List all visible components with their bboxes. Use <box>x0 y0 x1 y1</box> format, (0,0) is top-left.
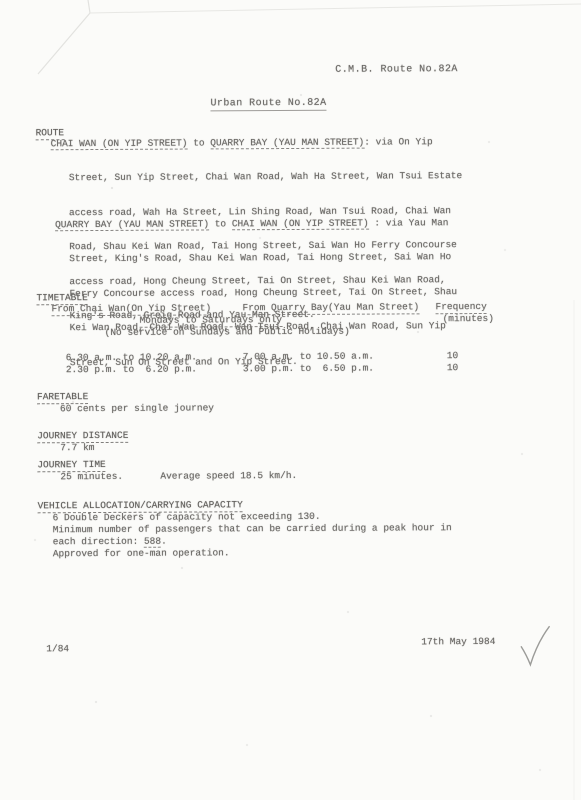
peak-direction-suffix: . <box>161 536 167 547</box>
vehicle-allocation-line3: each direction: 588. <box>53 536 167 548</box>
footer-page-ref: 1/84 <box>46 643 69 655</box>
faretable-value: 60 cents per single journey <box>60 402 214 414</box>
timetable-col-from-quarry-bay: From Quarry Bay(Yau Man Street) <box>242 301 419 314</box>
journey-distance-value: 7.7 km <box>60 442 94 454</box>
timetable-row2-from-chai-wan: 2.30 p.m. to 6.20 p.m. <box>66 363 197 375</box>
typewritten-content: C.M.B. Route No.82A Urban Route No.82A R… <box>0 0 581 800</box>
timetable-row1-from-chai-wan: 6.30 a.m. to 10.20 a.m. <box>66 351 197 363</box>
check-icon <box>517 625 553 671</box>
timetable-row1-from-quarry-bay: 7.00 a.m. to 10.50 a.m. <box>243 351 374 363</box>
timetable-row1-frequency: 10 <box>447 350 458 362</box>
route-para1-joiner: to <box>187 137 210 148</box>
route-para2-tail: : via Yau Man <box>369 217 449 228</box>
journey-distance-heading: JOURNEY DISTANCE <box>37 430 128 443</box>
route-para1-tail: : via On Yip <box>364 136 432 147</box>
route-para2-joiner: to <box>209 218 232 229</box>
document-ref: C.M.B. Route No.82A <box>335 64 458 76</box>
document-page: C.M.B. Route No.82A Urban Route No.82A R… <box>0 0 581 800</box>
timetable-row2-frequency: 10 <box>447 362 458 374</box>
timetable-service-note: (No service on Sundays and Public Holida… <box>105 326 350 339</box>
route-para1-line: Street, Sun Yip Street, Chai Wan Road, W… <box>69 170 462 184</box>
footer-date: 17th May 1984 <box>421 636 495 648</box>
vehicle-allocation-line1: 6 Double Deckers of capacity not exceedi… <box>53 511 321 524</box>
route-para2-line: Street, King's Road, Shau Kei Wan Road, … <box>69 251 457 265</box>
faretable-heading: FARETABLE <box>37 391 88 404</box>
journey-time-value: 25 minutes. <box>60 471 123 483</box>
page-title: Urban Route No.82A <box>210 98 326 111</box>
route-para2-line: Ferry Concourse access road, Hong Cheung… <box>69 286 457 300</box>
vehicle-allocation-line2: Minimum number of passengers that can be… <box>53 522 452 536</box>
timetable-frequency-unit: (minutes) <box>443 313 494 325</box>
vehicle-allocation-line4: Approved for one-man operation. <box>53 547 230 559</box>
timetable-col-frequency: Frequency <box>435 301 486 314</box>
timetable-row2-from-quarry-bay: 3.00 p.m. to 6.50 p.m. <box>243 363 374 375</box>
journey-time-average-speed: Average speed 18.5 km/h. <box>160 470 297 482</box>
peak-direction-prefix: each direction: <box>53 536 144 547</box>
route-para1-line: access road, Wah Ha Street, Lin Shing Ro… <box>69 205 462 219</box>
journey-time-heading: JOURNEY TIME <box>37 459 105 472</box>
peak-passenger-count: 588 <box>144 536 161 548</box>
